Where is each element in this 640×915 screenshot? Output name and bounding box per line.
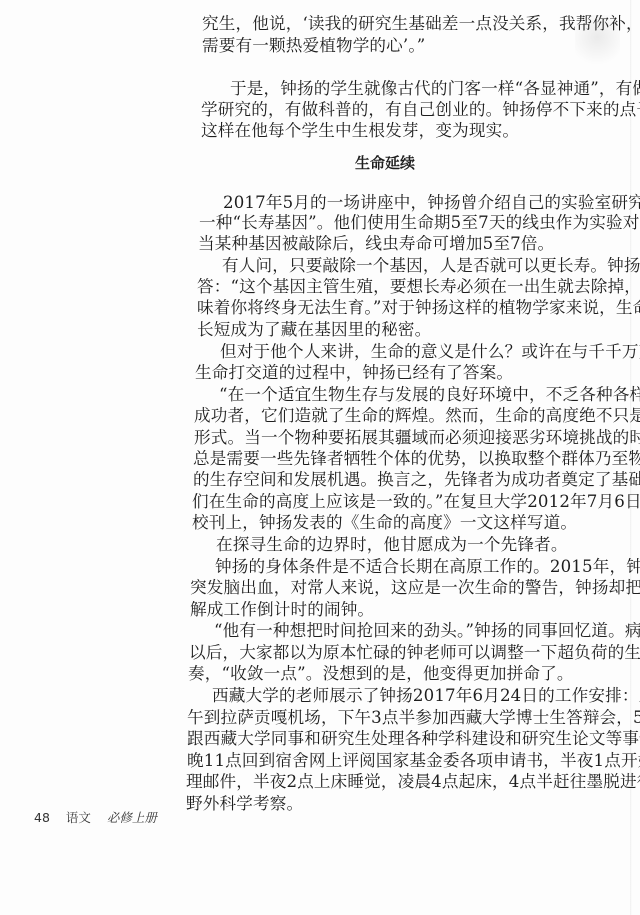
text-line: 一种“长寿基因”。他们使用生命期5至7天的线虫作为实验对象，: [199, 213, 640, 233]
text-line: “他有一种想把时间抢回来的劲头。”钟扬的同事回忆道。病好: [214, 621, 640, 641]
text-line: 午到拉萨贡嘎机场，下午3点半参加西藏大学博士生答辩会，5点: [187, 708, 640, 728]
text-line: 但对于他个人来讲，生命的意义是什么？或许在与千千万万种: [220, 342, 640, 362]
text-line: 需要有一颗热爱植物学的心’。”: [202, 36, 425, 56]
text-line: 解成工作倒计时的闹钟。: [190, 600, 374, 620]
text-line: 2017年5月的一场讲座中，钟扬曾介绍自己的实验室研究过: [223, 193, 640, 213]
text-line: 生命打交道的过程中，钟扬已经有了答案。: [195, 363, 513, 383]
text-line: 的生存空间和发展机遇。换言之，先锋者为成功者奠定了基础，它: [193, 470, 640, 490]
text-line: 在探寻生命的边界时，他甘愿成为一个先锋者。: [216, 535, 568, 555]
text-line: 长短成为了藏在基因里的秘密。: [197, 320, 431, 340]
text-line: 以后，大家都以为原本忙碌的钟老师可以调整一下超负荷的生活节: [189, 643, 640, 663]
text-line: 奏，“收敛一点”。没想到的是，他变得更加拼命了。: [188, 664, 574, 684]
page-footer: 48 语文 必修上册: [34, 808, 157, 826]
text-line: 突发脑出血，对常人来说，这应是一次生命的警告，钟扬却把它理: [190, 578, 640, 598]
text-line: 理邮件，半夜2点上床睡觉，凌晨4点起床，4点半赶往墨脱进行: [186, 772, 640, 792]
text-line: 当某种基因被敲除后，线虫寿命可增加5至7倍。: [198, 234, 554, 254]
text-line: 学研究的，有做科普的，有自己创业的。钟扬停不下来的点子，就: [201, 100, 640, 120]
section-heading: 生命延续: [0, 152, 640, 173]
text-line: 于是，钟扬的学生就像古代的门客一样“各显神通”，有做科: [230, 79, 640, 99]
text-line: 校刊上，钟扬发表的《生命的高度》一文这样写道。: [192, 513, 577, 533]
text-line: “在一个适宜生物生存与发展的良好环境中，不乏各种各样的: [219, 385, 640, 405]
textbook-page: 究生，他说，‘读我的研究生基础差一点没关系，我帮你补，你只需要有一颗热爱植物学的…: [0, 0, 640, 915]
page-number: 48: [34, 810, 50, 825]
text-line: 有人问，只要敲除一个基因，人是否就可以更长寿。钟扬回: [222, 256, 640, 276]
text-line: 成功者，它们造就了生命的辉煌。然而，生命的高度绝不只是一种: [194, 406, 640, 426]
text-line: 答：“这个基因主管生殖，要想长寿必须在一出生就去除掉，这意: [197, 277, 640, 297]
text-line: 总是需要一些先锋者牺牲个体的优势，以换取整个群体乃至物种新: [193, 449, 640, 469]
text-line: 跟西藏大学同事和研究生处理各种学科建设和研究生论文等事情，: [187, 729, 640, 749]
footer-subject: 语文: [66, 810, 91, 825]
text-line: 味着你将终身无法生育。”对于钟扬这样的植物学家来说，生命的: [197, 298, 640, 318]
text-line: 晚11点回到宿舍网上评阅国家基金委各项申请书，半夜1点开始处: [187, 751, 640, 771]
text-line: 形式。当一个物种要拓展其疆域而必须迎接恶劣环境挑战的时候，: [194, 428, 640, 448]
text-line: 野外科学考察。: [186, 794, 303, 814]
text-line: 西藏大学的老师展示了钟扬2017年6月24日的工作安排：上: [212, 686, 640, 706]
text-line: 究生，他说，‘读我的研究生基础差一点没关系，我帮你补，你只: [202, 14, 640, 34]
footer-volume: 必修上册: [107, 810, 157, 825]
text-line: 钟扬的身体条件是不适合长期在高原工作的。2015年，钟扬: [215, 557, 640, 577]
text-line: 们在生命的高度上应该是一致的。”在复旦大学2012年7月6日的: [192, 492, 640, 512]
text-line: 这样在他每个学生中生根发芽，变为现实。: [201, 121, 519, 141]
